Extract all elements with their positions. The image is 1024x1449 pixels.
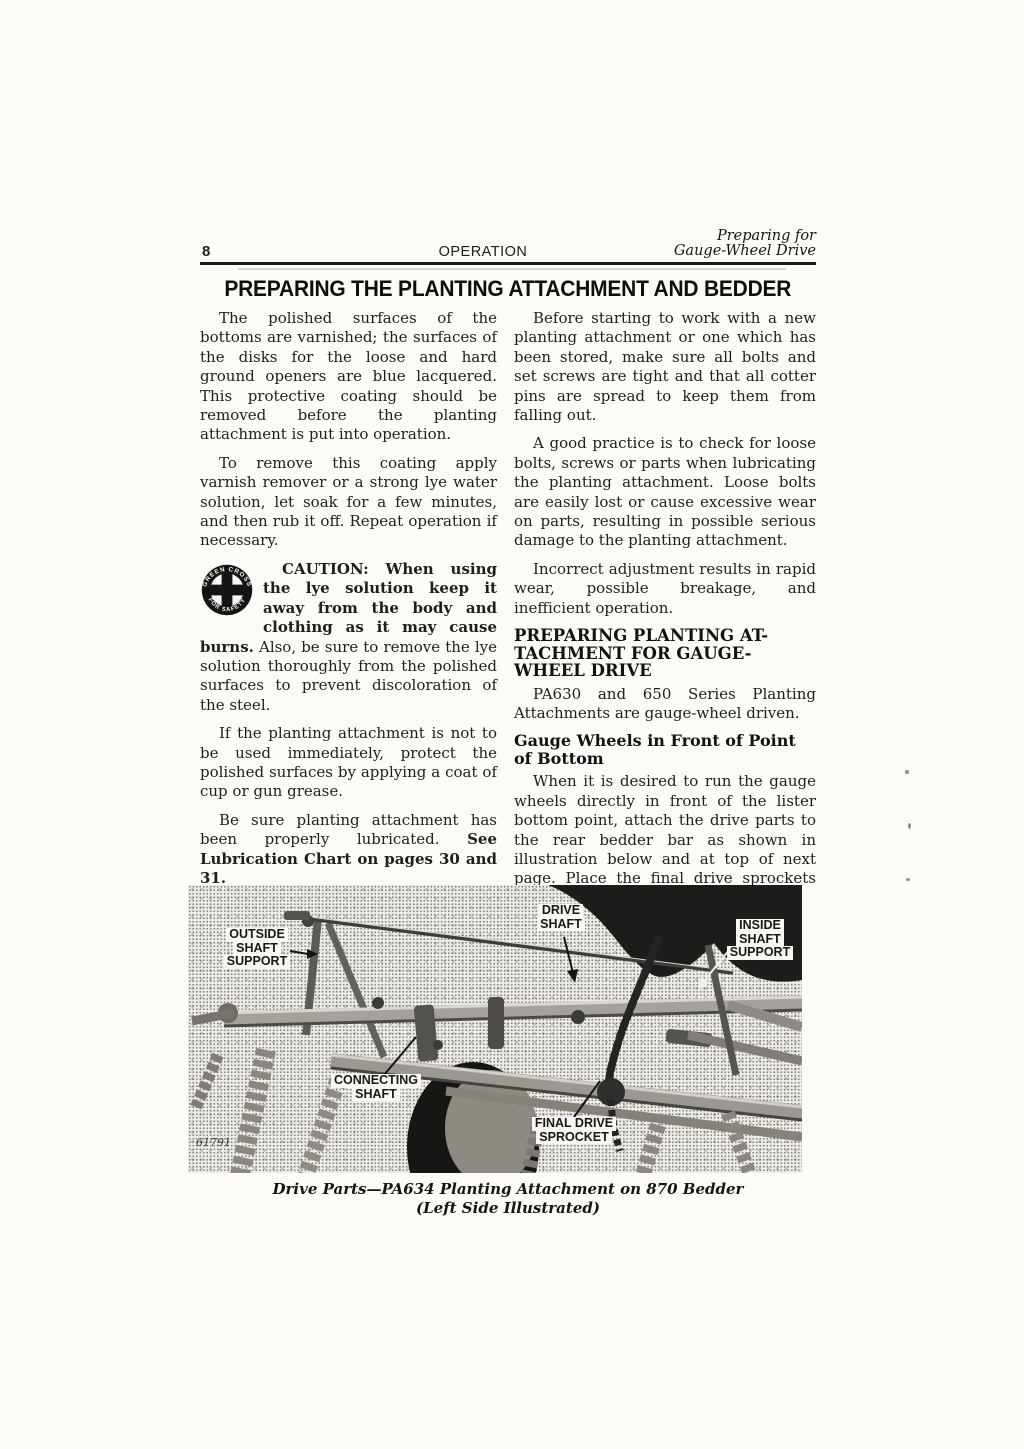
- two-column-body: The polished surfaces of the bottoms are…: [200, 309, 816, 917]
- figure-caption-line-1: Drive Parts—PA634 Planting Attachment on…: [200, 1180, 816, 1199]
- figure-label-connecting-shaft: CONNECTING SHAFT: [322, 1074, 430, 1101]
- figure-label-line: SHAFT: [233, 942, 281, 956]
- page-header: 8 OPERATION Preparing for Gauge-Wheel Dr…: [200, 229, 816, 262]
- scan-speck: [905, 770, 909, 774]
- paragraph: Incorrect adjustment results in rapid we…: [514, 560, 816, 618]
- figure-label-line: INSIDE: [736, 919, 784, 933]
- running-head-right: Preparing for Gauge-Wheel Drive: [674, 229, 816, 259]
- left-column: The polished surfaces of the bottoms are…: [200, 309, 497, 917]
- manual-page: 8 OPERATION Preparing for Gauge-Wheel Dr…: [0, 0, 1024, 1449]
- figure-illustration: OUTSIDE SHAFT SUPPORT DRIVE SHAFT INSIDE…: [188, 885, 802, 1173]
- lubrication-note-regular: Be sure planting attachment has been pro…: [200, 811, 497, 848]
- figure-caption: Drive Parts—PA634 Planting Attachment on…: [200, 1180, 816, 1218]
- running-head-line-2: Gauge-Wheel Drive: [674, 244, 816, 259]
- header-rule: [200, 262, 816, 265]
- figure-label-line: SUPPORT: [727, 946, 793, 960]
- green-cross-safety-icon: GREEN CROSS FOR SAFETY: [200, 563, 254, 617]
- section-heading-gauge-wheel-drive: PREPARING PLANTING AT- TACHMENT FOR GAUG…: [514, 627, 816, 680]
- figure-label-line: DRIVE: [539, 904, 583, 918]
- figure-label-line: OUTSIDE: [226, 928, 288, 942]
- header-rule-shadow: [238, 268, 786, 270]
- heading-line: WHEEL DRIVE: [514, 662, 816, 680]
- heading-line: TACHMENT FOR GAUGE-: [514, 645, 816, 663]
- page-title-text: PREPARING THE PLANTING ATTACHMENT AND BE…: [225, 276, 792, 302]
- figure-label-line: SHAFT: [352, 1088, 400, 1102]
- figure-label-line: SHAFT: [736, 933, 784, 947]
- page-number: 8: [202, 243, 210, 260]
- paragraph: PA630 and 650 Series Planting Attachment…: [514, 685, 816, 724]
- heading-line: Gauge Wheels in Front of Point: [514, 732, 816, 750]
- paragraph: The polished surfaces of the bottoms are…: [200, 309, 497, 445]
- figure-label-line: SHAFT: [537, 918, 585, 932]
- page-title: PREPARING THE PLANTING ATTACHMENT AND BE…: [200, 276, 816, 302]
- paragraph: To remove this coating apply varnish rem…: [200, 454, 497, 551]
- subheading-gauge-wheels-front: Gauge Wheels in Front of Point of Bottom: [514, 732, 816, 768]
- scan-speck: [906, 878, 910, 881]
- figure-label-inside-shaft-support: INSIDE SHAFT SUPPORT: [724, 919, 796, 960]
- figure-label-line: SUPPORT: [224, 955, 290, 969]
- heading-line: of Bottom: [514, 750, 816, 768]
- paragraph: If the planting attachment is not to be …: [200, 724, 497, 802]
- right-column: Before starting to work with a new plant…: [514, 309, 816, 917]
- figure-label-outside-shaft-support: OUTSIDE SHAFT SUPPORT: [221, 928, 293, 969]
- caution-paragraph: GREEN CROSS FOR SAFETY CAUTION: When usi…: [200, 560, 497, 715]
- figure-caption-line-2: (Left Side Illustrated): [200, 1199, 816, 1218]
- figure-label-drive-shaft: DRIVE SHAFT: [531, 904, 591, 931]
- paragraph: A good practice is to check for loose bo…: [514, 434, 816, 550]
- scan-speck: [908, 823, 911, 829]
- figure-label-line: CONNECTING: [331, 1074, 421, 1088]
- running-head-section: OPERATION: [398, 244, 568, 260]
- paragraph: Before starting to work with a new plant…: [514, 309, 816, 425]
- figure-label-line: FINAL DRIVE: [532, 1117, 616, 1131]
- figure-label-final-drive-sprocket: FINAL DRIVE SPROCKET: [522, 1117, 626, 1144]
- heading-line: PREPARING PLANTING AT-: [514, 627, 816, 645]
- running-head-line-1: Preparing for: [674, 229, 816, 244]
- figure-number: 61791: [196, 1136, 231, 1149]
- figure-label-line: SPROCKET: [536, 1131, 611, 1145]
- paragraph: Be sure planting attachment has been pro…: [200, 811, 497, 889]
